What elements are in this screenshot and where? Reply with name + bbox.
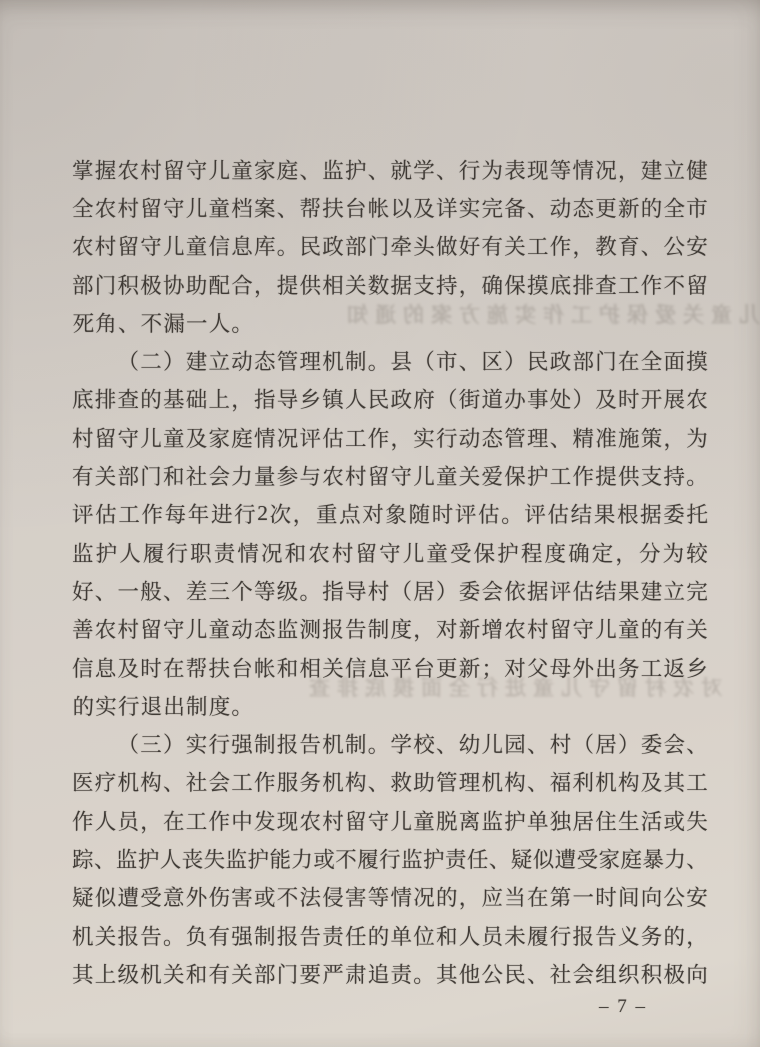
text-line: 有关部门和社会力量参与农村留守儿童关爱保护工作提供支持。 xyxy=(72,456,708,494)
text-line: 善农村留守儿童动态监测报告制度，对新增农村留守儿童的有关 xyxy=(72,610,708,648)
text-line: 全农村留守儿童档案、帮扶台帐以及详实完备、动态更新的全市 xyxy=(72,188,708,226)
document-page: 儿童关爱保护工作实施方案的通知 对农村留守儿童进行全面摸底排查 掌握农村留守儿童… xyxy=(0,0,760,1047)
text-line: 监护人履行职责情况和农村留守儿童受保护程度确定，分为较 xyxy=(72,533,708,571)
text-line: 死角、不漏一人。 xyxy=(72,303,708,341)
text-line: 其上级机关和有关部门要严肃追责。其他公民、社会组织积极向 xyxy=(72,954,708,992)
body-text: 掌握农村留守儿童家庭、监护、就学、行为表现等情况，建立健全农村留守儿童档案、帮扶… xyxy=(72,150,708,993)
text-line: （三）实行强制报告机制。学校、幼儿园、村（居）委会、 xyxy=(72,724,708,762)
text-line: 评估工作每年进行2次，重点对象随时评估。评估结果根据委托 xyxy=(72,495,708,533)
text-line: 作人员，在工作中发现农村留守儿童脱离监护单独居住生活或失 xyxy=(72,801,708,839)
text-line: 部门积极协助配合，提供相关数据支持，确保摸底排查工作不留 xyxy=(72,265,708,303)
text-line: 好、一般、差三个等级。指导村（居）委会依据评估结果建立完 xyxy=(72,571,708,609)
text-line: 踪、监护人丧失监护能力或不履行监护责任、疑似遭受家庭暴力、 xyxy=(72,839,708,877)
text-line: 村留守儿童及家庭情况评估工作，实行动态管理、精准施策，为 xyxy=(72,418,708,456)
text-line: 的实行退出制度。 xyxy=(72,686,708,724)
page-number: – 7 – xyxy=(568,996,678,1018)
text-line: 掌握农村留守儿童家庭、监护、就学、行为表现等情况，建立健 xyxy=(72,150,708,188)
text-line: 信息及时在帮扶台帐和相关信息平台更新；对父母外出务工返乡 xyxy=(72,648,708,686)
text-line: 医疗机构、社会工作服务机构、救助管理机构、福利机构及其工 xyxy=(72,763,708,801)
text-line: （二）建立动态管理机制。县（市、区）民政部门在全面摸 xyxy=(72,341,708,379)
text-line: 疑似遭受意外伤害或不法侵害等情况的，应当在第一时间向公安 xyxy=(72,878,708,916)
text-line: 机关报告。负有强制报告责任的单位和人员未履行报告义务的， xyxy=(72,916,708,954)
text-line: 农村留守儿童信息库。民政部门牵头做好有关工作，教育、公安 xyxy=(72,227,708,265)
paragraph: （二）建立动态管理机制。县（市、区）民政部门在全面摸底排查的基础上，指导乡镇人民… xyxy=(72,341,708,724)
paragraph: （三）实行强制报告机制。学校、幼儿园、村（居）委会、医疗机构、社会工作服务机构、… xyxy=(72,724,708,992)
text-line: 底排查的基础上，指导乡镇人民政府（街道办事处）及时开展农 xyxy=(72,380,708,418)
paragraph: 掌握农村留守儿童家庭、监护、就学、行为表现等情况，建立健全农村留守儿童档案、帮扶… xyxy=(72,150,708,341)
